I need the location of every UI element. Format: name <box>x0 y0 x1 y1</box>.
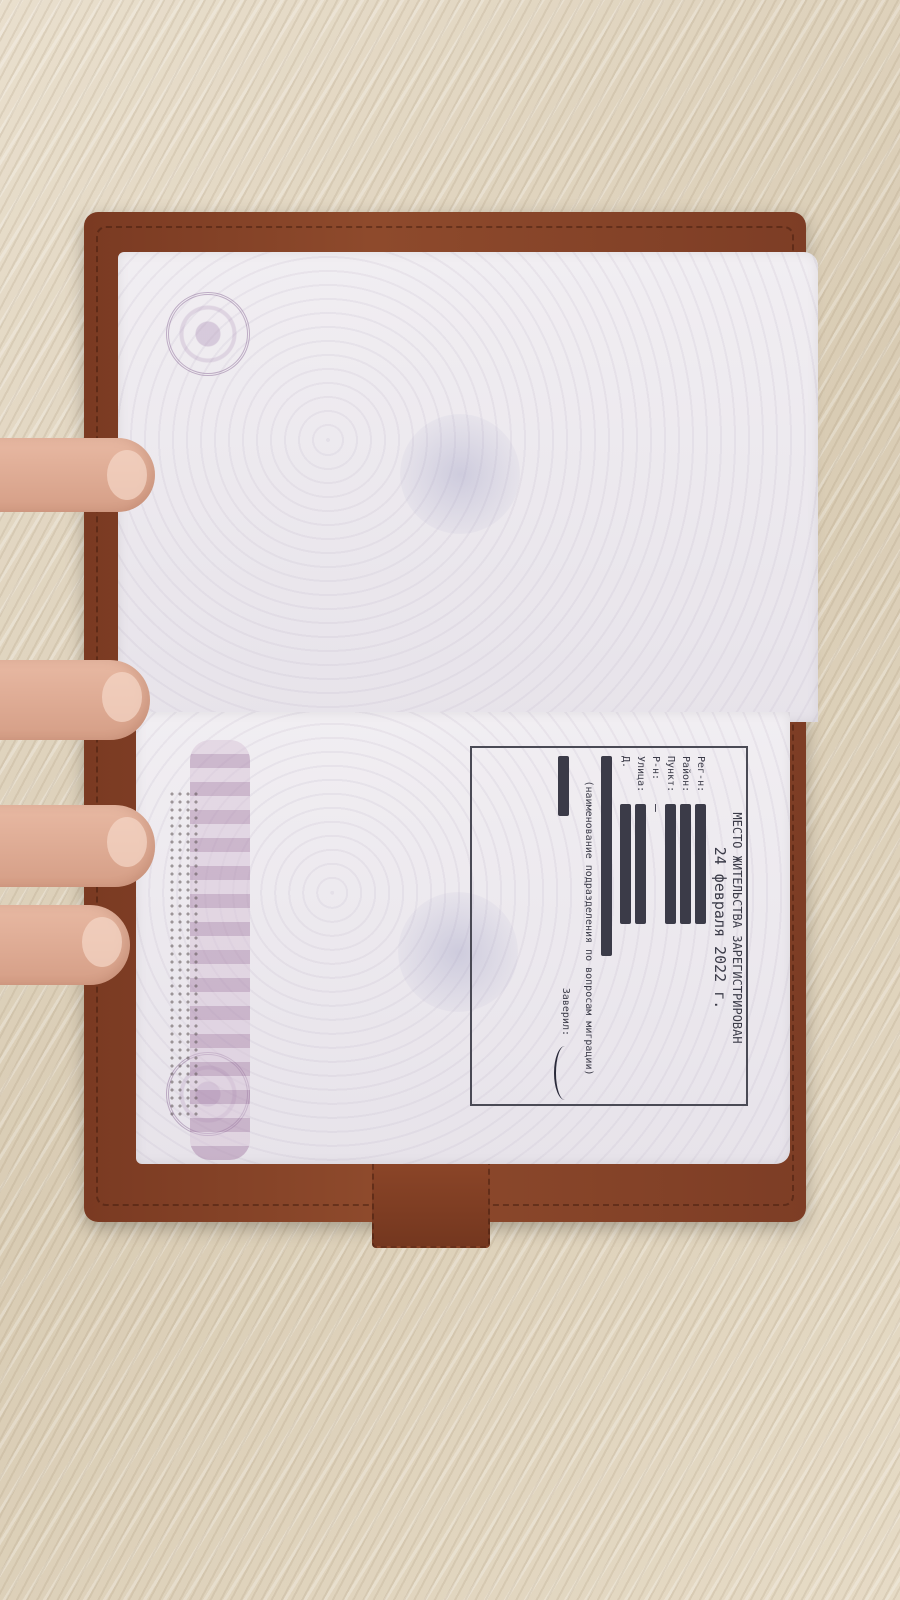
rosette-ornament-icon <box>166 292 250 376</box>
stamp-date: 24 февраля 2022 г. <box>712 756 727 1100</box>
field-label: Д. <box>618 756 633 800</box>
ornament-band <box>190 740 250 1160</box>
certified-label: Заверил: <box>559 988 571 1036</box>
registration-stamp: МЕСТО ЖИТЕЛЬСТВА ЗАРЕГИСТРИРОВАН 24 февр… <box>470 746 748 1106</box>
field-value-redacted: [redacted] <box>680 804 691 924</box>
signature-redacted-icon <box>554 1046 576 1100</box>
finger <box>0 805 155 887</box>
field-label: Рег-н: <box>693 756 708 800</box>
hologram-watermark-icon <box>400 414 520 534</box>
finger <box>0 438 155 512</box>
finger <box>0 660 150 740</box>
code-redacted: [redacted] <box>559 756 570 816</box>
cover-strap <box>372 1160 490 1248</box>
field-label: Район: <box>678 756 693 800</box>
field-value: — <box>648 804 663 812</box>
issuer-redacted: [issuing office redacted] <box>601 756 612 956</box>
stamp-caption: (наименование подразделения по вопросам … <box>582 756 594 1100</box>
field-value-redacted: [redacted] <box>620 804 631 924</box>
finger <box>0 905 130 985</box>
field-value-redacted: [redacted] <box>635 804 646 924</box>
field-value-redacted: [redacted] <box>695 804 706 924</box>
field-value-redacted: [redacted] <box>665 804 676 924</box>
field-label: Р-н: <box>648 756 663 800</box>
stamp-title: МЕСТО ЖИТЕЛЬСТВА ЗАРЕГИСТРИРОВАН <box>729 756 744 1100</box>
passport-page-top <box>118 252 818 722</box>
field-label: Улица: <box>633 756 648 800</box>
perforated-number <box>168 790 198 1120</box>
field-label: Пункт: <box>663 756 678 800</box>
